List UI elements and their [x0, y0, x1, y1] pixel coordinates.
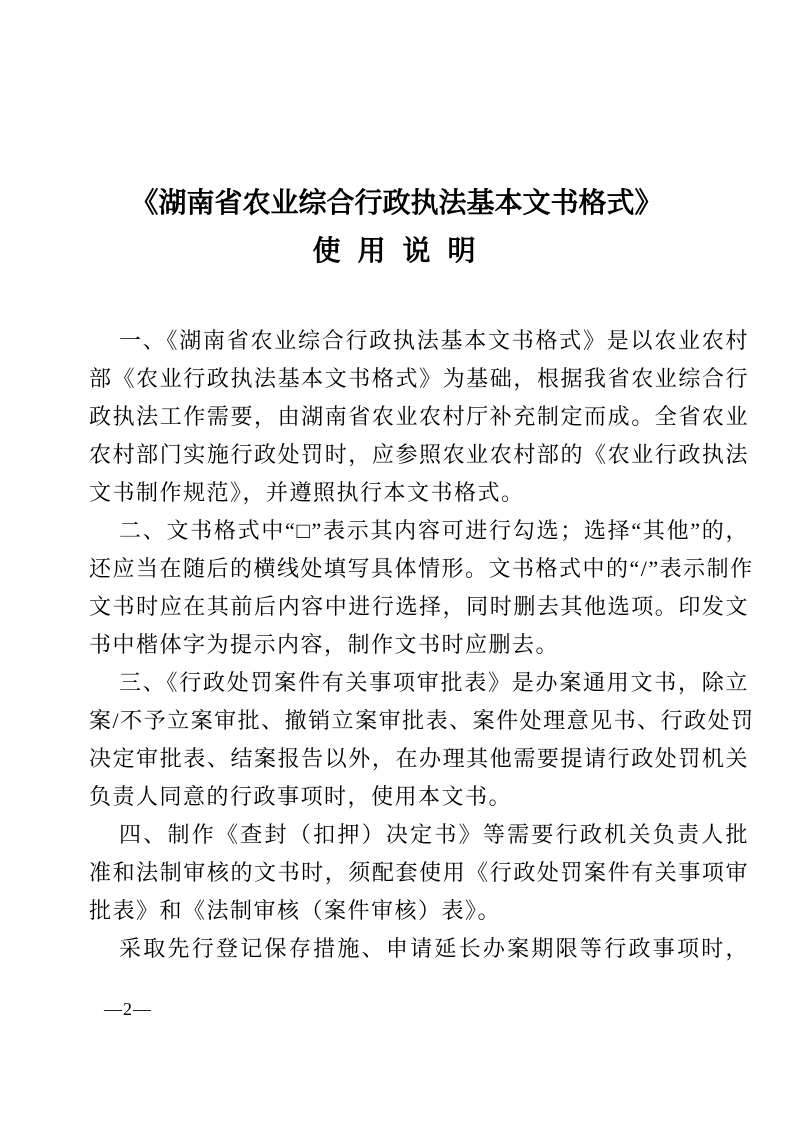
title-line-1: 《湖南省农业综合行政执法基本文书格式》 — [0, 184, 793, 224]
body-line: 负责人同意的行政事项时，使用本文书。 — [89, 778, 749, 816]
body-line: 决定审批表、结案报告以外，在办理其他需要提请行政处罚机关 — [89, 740, 749, 778]
body-line: 准和法制审核的文书时，须配套使用《行政处罚案件有关事项审 — [89, 854, 749, 892]
document-page: 《湖南省农业综合行政执法基本文书格式》 使 用 说 明 一、《湖南省农业综合行政… — [0, 0, 793, 1122]
body-line: 文书制作规范》，并遵照执行本文书格式。 — [89, 474, 749, 512]
document-body: 一、《湖南省农业综合行政执法基本文书格式》是以农业农村部《农业行政执法基本文书格… — [89, 322, 749, 968]
body-line: 书中楷体字为提示内容，制作文书时应删去。 — [89, 626, 749, 664]
page-number: —2— — [104, 998, 152, 1020]
body-line: 案/不予立案审批、撤销立案审批表、案件处理意见书、行政处罚 — [89, 702, 749, 740]
body-line: 批表》和《法制审核（案件审核）表》。 — [89, 892, 749, 930]
body-line: 采取先行登记保存措施、申请延长办案期限等行政事项时， — [89, 930, 749, 968]
title-line-2: 使 用 说 明 — [0, 232, 793, 272]
body-line: 还应当在随后的横线处填写具体情形。文书格式中的“/”表示制作 — [89, 550, 749, 588]
body-line: 政执法工作需要，由湖南省农业农村厅补充制定而成。全省农业 — [89, 398, 749, 436]
body-line: 农村部门实施行政处罚时，应参照农业农村部的《农业行政执法 — [89, 436, 749, 474]
body-line: 三、《行政处罚案件有关事项审批表》是办案通用文书，除立 — [89, 664, 749, 702]
body-line: 部《农业行政执法基本文书格式》为基础，根据我省农业综合行 — [89, 360, 749, 398]
document-title: 《湖南省农业综合行政执法基本文书格式》 使 用 说 明 — [0, 184, 793, 272]
body-line: 二、文书格式中“□”表示其内容可进行勾选；选择“其他”的， — [89, 512, 749, 550]
body-line: 文书时应在其前后内容中进行选择，同时删去其他选项。印发文 — [89, 588, 749, 626]
body-line: 一、《湖南省农业综合行政执法基本文书格式》是以农业农村 — [89, 322, 749, 360]
body-line: 四、制作《查封（扣押）决定书》等需要行政机关负责人批 — [89, 816, 749, 854]
